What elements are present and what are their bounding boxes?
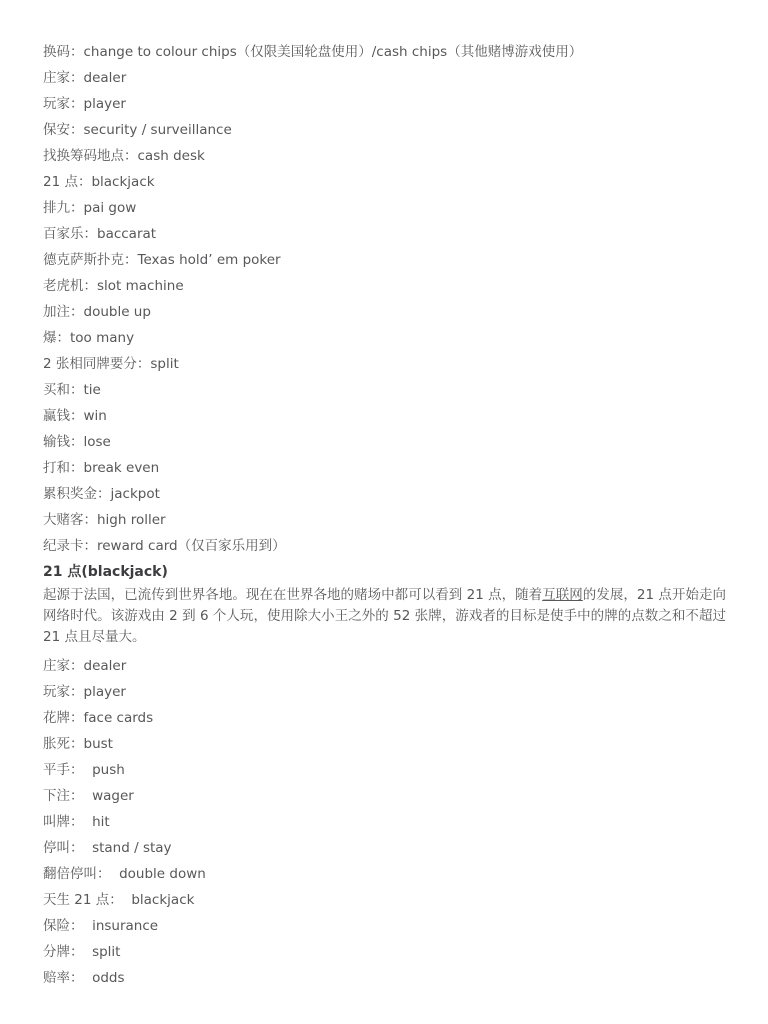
term-line: 保险： insurance [43,913,726,939]
glossary-line: 庄家：dealer [43,65,726,91]
term-line: 下注： wager [43,783,726,809]
glossary-line: 大赌客：high roller [43,507,726,533]
paragraph-text-before: 起源于法国，已流传到世界各地。现在在世界各地的赌场中都可以看到 21 点，随着 [43,587,542,603]
glossary-line: 纪录卡：reward card（仅百家乐用到） [43,533,726,559]
glossary-line: 老虎机：slot machine [43,273,726,299]
glossary-line: 赢钱：win [43,403,726,429]
term-line: 花牌：face cards [43,705,726,731]
document-page: 换码：change to colour chips（仅限美国轮盘使用）/cash… [0,0,768,1024]
glossary-line: 21 点：blackjack [43,169,726,195]
term-line: 平手： push [43,757,726,783]
section-heading: 21 点(blackjack) [43,559,726,585]
glossary-line: 输钱：lose [43,429,726,455]
blackjack-term-list: 庄家：dealer 玩家：player 花牌：face cards 胀死：bus… [43,653,726,991]
glossary-line: 玩家：player [43,91,726,117]
glossary-line: 爆：too many [43,325,726,351]
glossary-line: 保安：security / surveillance [43,117,726,143]
glossary-line: 换码：change to colour chips（仅限美国轮盘使用）/cash… [43,39,726,65]
glossary-line: 百家乐：baccarat [43,221,726,247]
term-line: 玩家：player [43,679,726,705]
blackjack-section: 21 点(blackjack) 起源于法国，已流传到世界各地。现在在世界各地的赌… [43,559,726,991]
term-line: 庄家：dealer [43,653,726,679]
term-line: 叫牌： hit [43,809,726,835]
glossary-line: 买和：tie [43,377,726,403]
term-line: 停叫： stand / stay [43,835,726,861]
term-line: 胀死：bust [43,731,726,757]
glossary-line: 德克萨斯扑克：Texas hold’ em poker [43,247,726,273]
section-paragraph: 起源于法国，已流传到世界各地。现在在世界各地的赌场中都可以看到 21 点，随着互… [43,585,726,648]
term-line: 分牌： split [43,939,726,965]
glossary-line: 加注：double up [43,299,726,325]
term-line: 赔率： odds [43,965,726,991]
glossary-line: 排九：pai gow [43,195,726,221]
term-line: 天生 21 点： blackjack [43,887,726,913]
internet-link[interactable]: 互联网 [542,587,583,603]
glossary-line: 找换筹码地点：cash desk [43,143,726,169]
glossary-line: 累积奖金：jackpot [43,481,726,507]
document-content: 换码：change to colour chips（仅限美国轮盘使用）/cash… [0,0,768,991]
glossary-list: 换码：change to colour chips（仅限美国轮盘使用）/cash… [43,39,726,559]
glossary-line: 2 张相同牌要分：split [43,351,726,377]
term-line: 翻倍停叫： double down [43,861,726,887]
glossary-line: 打和：break even [43,455,726,481]
